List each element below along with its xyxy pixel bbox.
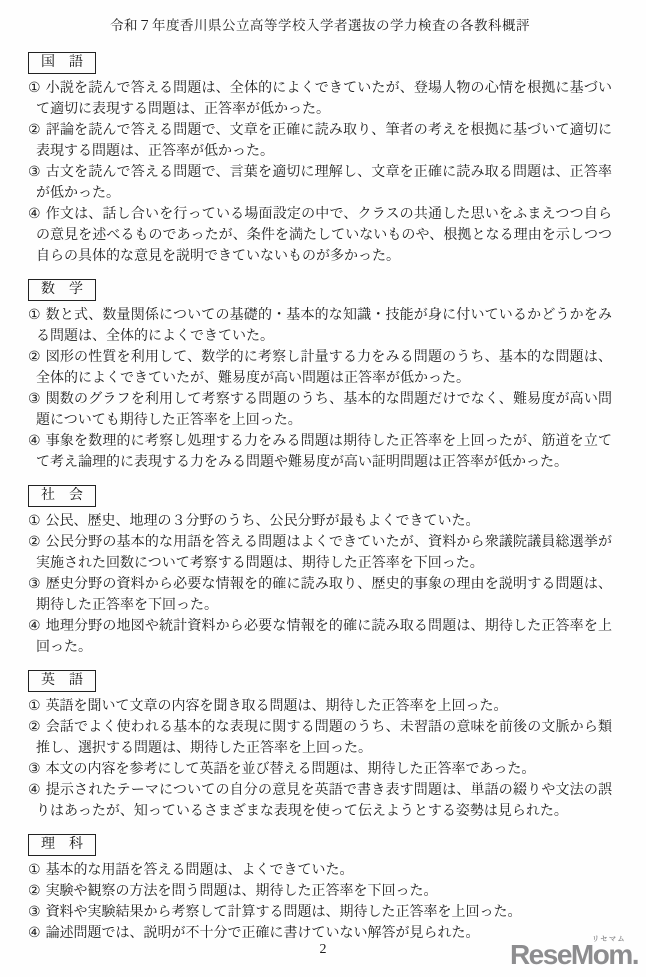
subject-section: 数 学 ①数と式、数量関係についての基礎的・基本的な知識・技能が身に付いているか… bbox=[28, 279, 612, 473]
item-number: ① bbox=[28, 699, 41, 714]
subject-items: ①数と式、数量関係についての基礎的・基本的な知識・技能が身に付いているかどうかを… bbox=[28, 305, 612, 473]
evaluation-item: ①基本的な用語を答える問題は、よくできていた。 bbox=[28, 860, 612, 881]
item-text: 論述問題では、説明が不十分で正確に書けていない解答が見られた。 bbox=[46, 926, 480, 941]
item-number: ③ bbox=[28, 577, 41, 592]
evaluation-item: ③古文を読んで答える問題で、言葉を適切に理解し、文章を正確に読み取る問題は、正答… bbox=[28, 162, 612, 204]
subject-heading-box: 国 語 bbox=[28, 52, 96, 74]
resemom-logo: リセマム ReseMom. bbox=[510, 936, 638, 969]
subject-heading-box: 社 会 bbox=[28, 485, 96, 507]
item-number: ④ bbox=[28, 926, 41, 941]
evaluation-item: ④提示されたテーマについての自分の意見を英語で書き表す問題は、単語の綴りや文法の… bbox=[28, 780, 612, 822]
item-text: 作文は、話し合いを行っている場面設定の中で、クラスの共通した思いをふまえつつ自ら… bbox=[36, 207, 612, 264]
page-title: 令和７年度香川県公立高等学校入学者選抜の学力検査の各教科概評 bbox=[28, 14, 612, 34]
item-number: ③ bbox=[28, 392, 41, 407]
evaluation-item: ②実験や観察の方法を問う問題は、期待した正答率を下回った。 bbox=[28, 881, 612, 902]
evaluation-item: ③歴史分野の資料から必要な情報を的確に読み取り、歴史的事象の理由を説明する問題は… bbox=[28, 574, 612, 616]
item-number: ② bbox=[28, 123, 41, 138]
item-number: ④ bbox=[28, 619, 41, 634]
item-number: ① bbox=[28, 514, 41, 529]
item-text: 事象を数理的に考察し処理する力をみる問題は期待した正答率を上回ったが、筋道を立て… bbox=[36, 434, 612, 470]
evaluation-item: ④地理分野の地図や統計資料から必要な情報を的確に読み取る問題は、期待した正答率を… bbox=[28, 616, 612, 658]
document-page: 令和７年度香川県公立高等学校入学者選抜の学力検査の各教科概評 国 語 ①小説を読… bbox=[0, 0, 646, 977]
evaluation-item: ③関数のグラフを利用して考察する問題のうち、基本的な問題だけでなく、難易度が高い… bbox=[28, 389, 612, 431]
evaluation-item: ①数と式、数量関係についての基礎的・基本的な知識・技能が身に付いているかどうかを… bbox=[28, 305, 612, 347]
item-number: ④ bbox=[28, 783, 41, 798]
item-number: ② bbox=[28, 350, 41, 365]
evaluation-item: ②会話でよく使われる基本的な表現に関する問題のうち、未習語の意味を前後の文脈から… bbox=[28, 717, 612, 759]
resemom-logo-text: ReseMom. bbox=[510, 939, 638, 970]
item-number: ① bbox=[28, 81, 41, 96]
item-text: 提示されたテーマについての自分の意見を英語で書き表す問題は、単語の綴りや文法の誤… bbox=[36, 783, 612, 819]
evaluation-item: ④作文は、話し合いを行っている場面設定の中で、クラスの共通した思いをふまえつつ自… bbox=[28, 204, 612, 267]
item-text: 関数のグラフを利用して考察する問題のうち、基本的な問題だけでなく、難易度が高い問… bbox=[36, 392, 612, 428]
item-number: ④ bbox=[28, 207, 41, 222]
subject-section: 英 語 ①英語を聞いて文章の内容を聞き取る問題は、期待した正答率を上回った。 ②… bbox=[28, 670, 612, 822]
item-number: ③ bbox=[28, 762, 41, 777]
subject-heading-label: 社 会 bbox=[41, 489, 83, 503]
subject-heading-label: 英 語 bbox=[41, 674, 83, 688]
subject-items: ①基本的な用語を答える問題は、よくできていた。 ②実験や観察の方法を問う問題は、… bbox=[28, 860, 612, 944]
item-number: ② bbox=[28, 720, 41, 735]
item-number: ③ bbox=[28, 905, 41, 920]
item-text: 英語を聞いて文章の内容を聞き取る問題は、期待した正答率を上回った。 bbox=[46, 699, 508, 714]
subject-section: 国 語 ①小説を読んで答える問題は、全体的によくできていたが、登場人物の心情を根… bbox=[28, 52, 612, 267]
evaluation-item: ④事象を数理的に考察し処理する力をみる問題は期待した正答率を上回ったが、筋道を立… bbox=[28, 431, 612, 473]
item-text: 実験や観察の方法を問う問題は、期待した正答率を下回った。 bbox=[46, 884, 438, 899]
item-text: 公民分野の基本的な用語を答える問題はよくできていたが、資料から衆議院議員総選挙が… bbox=[36, 535, 612, 571]
item-text: 図形の性質を利用して、数学的に考察し計量する力をみる問題のうち、基本的な問題は、… bbox=[36, 350, 612, 386]
evaluation-item: ③資料や実験結果から考察して計算する問題は、期待した正答率を上回った。 bbox=[28, 902, 612, 923]
item-text: 数と式、数量関係についての基礎的・基本的な知識・技能が身に付いているかどうかをみ… bbox=[36, 308, 612, 344]
item-text: 公民、歴史、地理の３分野のうち、公民分野が最もよくできていた。 bbox=[46, 514, 480, 529]
evaluation-item: ②図形の性質を利用して、数学的に考察し計量する力をみる問題のうち、基本的な問題は… bbox=[28, 347, 612, 389]
subject-heading-box: 英 語 bbox=[28, 670, 96, 692]
subject-heading-label: 数 学 bbox=[41, 283, 83, 297]
evaluation-item: ①英語を聞いて文章の内容を聞き取る問題は、期待した正答率を上回った。 bbox=[28, 696, 612, 717]
subject-items: ①公民、歴史、地理の３分野のうち、公民分野が最もよくできていた。 ②公民分野の基… bbox=[28, 511, 612, 658]
evaluation-item: ③本文の内容を参考にして英語を並び替える問題は、期待した正答率であった。 bbox=[28, 759, 612, 780]
item-number: ① bbox=[28, 863, 41, 878]
item-number: ① bbox=[28, 308, 41, 323]
evaluation-item: ②公民分野の基本的な用語を答える問題はよくできていたが、資料から衆議院議員総選挙… bbox=[28, 532, 612, 574]
subject-heading-label: 理 科 bbox=[41, 838, 83, 852]
item-text: 小説を読んで答える問題は、全体的によくできていたが、登場人物の心情を根拠に基づい… bbox=[36, 81, 612, 117]
evaluation-item: ②評論を読んで答える問題で、文章を正確に読み取り、筆者の考えを根拠に基づいて適切… bbox=[28, 120, 612, 162]
item-number: ③ bbox=[28, 165, 41, 180]
item-text: 資料や実験結果から考察して計算する問題は、期待した正答率を上回った。 bbox=[46, 905, 522, 920]
item-number: ④ bbox=[28, 434, 41, 449]
evaluation-item: ①公民、歴史、地理の３分野のうち、公民分野が最もよくできていた。 bbox=[28, 511, 612, 532]
item-text: 基本的な用語を答える問題は、よくできていた。 bbox=[46, 863, 354, 878]
subject-items: ①英語を聞いて文章の内容を聞き取る問題は、期待した正答率を上回った。 ②会話でよ… bbox=[28, 696, 612, 822]
subject-heading-box: 数 学 bbox=[28, 279, 96, 301]
subject-items: ①小説を読んで答える問題は、全体的によくできていたが、登場人物の心情を根拠に基づ… bbox=[28, 78, 612, 267]
subject-heading-label: 国 語 bbox=[41, 56, 83, 70]
item-text: 地理分野の地図や統計資料から必要な情報を的確に読み取る問題は、期待した正答率を上… bbox=[36, 619, 612, 655]
item-text: 歴史分野の資料から必要な情報を的確に読み取り、歴史的事象の理由を説明する問題は、… bbox=[36, 577, 612, 613]
evaluation-item: ①小説を読んで答える問題は、全体的によくできていたが、登場人物の心情を根拠に基づ… bbox=[28, 78, 612, 120]
item-number: ② bbox=[28, 535, 41, 550]
item-text: 本文の内容を参考にして英語を並び替える問題は、期待した正答率であった。 bbox=[46, 762, 536, 777]
subject-section: 社 会 ①公民、歴史、地理の３分野のうち、公民分野が最もよくできていた。 ②公民… bbox=[28, 485, 612, 658]
subject-heading-box: 理 科 bbox=[28, 834, 96, 856]
item-text: 評論を読んで答える問題で、文章を正確に読み取り、筆者の考えを根拠に基づいて適切に… bbox=[36, 123, 612, 159]
sections-container: 国 語 ①小説を読んで答える問題は、全体的によくできていたが、登場人物の心情を根… bbox=[28, 52, 612, 944]
subject-section: 理 科 ①基本的な用語を答える問題は、よくできていた。 ②実験や観察の方法を問う… bbox=[28, 834, 612, 944]
item-number: ② bbox=[28, 884, 41, 899]
item-text: 古文を読んで答える問題で、言葉を適切に理解し、文章を正確に読み取る問題は、正答率… bbox=[36, 165, 612, 201]
item-text: 会話でよく使われる基本的な表現に関する問題のうち、未習語の意味を前後の文脈から類… bbox=[36, 720, 612, 756]
